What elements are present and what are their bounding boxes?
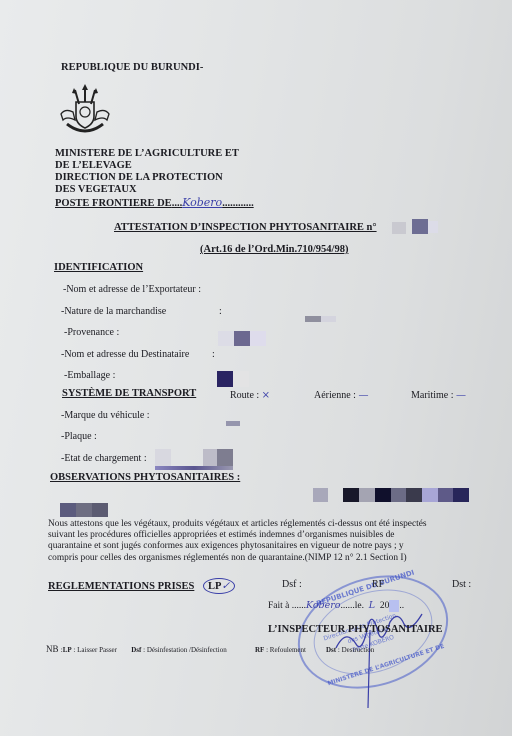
checkmark-icon: ✓ [221, 580, 230, 592]
route-mark: × [262, 390, 270, 401]
dots: .. [399, 601, 404, 611]
regulations-heading: REGLEMENTATIONS PRISES [48, 581, 194, 592]
border-post-value: Kobero [182, 196, 222, 209]
document-title: ATTESTATION D’INSPECTION PHYTOSANITAIRE … [114, 222, 377, 233]
goods-nature-label: -Nature de la marchandise [61, 306, 166, 317]
vehicle-make-label: -Marque du véhicule : [61, 410, 150, 421]
redacted-packaging [217, 371, 233, 387]
date-label: le. [355, 601, 364, 611]
attestation-line: Nous attestons que les végétaux, produit… [48, 519, 427, 530]
redacted-origin [218, 331, 234, 346]
transport-heading: SYSTÈME DE TRANSPORT [62, 388, 196, 399]
attestation-line: suivant les procédures officielles appro… [48, 530, 427, 541]
signature-icon [330, 600, 440, 710]
footnote-meaning: Refoulement [270, 646, 306, 654]
redacted-loading-status [155, 466, 233, 470]
border-post-line: POSTE FRONTIERE DE....Kobero............ [55, 196, 254, 209]
identification-heading: IDENTIFICATION [54, 262, 143, 273]
dots: ...... [341, 601, 355, 611]
ministry-line: MINISTERE DE L’AGRICULTURE ET [55, 148, 239, 160]
footnote-rf: RF : Refoulement [255, 646, 306, 654]
attestation-line: quarantaine et sont jugés conformes aux … [48, 541, 427, 552]
route-mode: Route : × [230, 390, 270, 401]
consignee-label: -Nom et adresse du Destinataire [61, 349, 189, 360]
date-value: L [369, 600, 375, 611]
footnote-meaning: Laisser Passer [77, 646, 117, 654]
redacted-loading-status [203, 449, 217, 466]
redacted-goods-nature [305, 316, 321, 322]
nb-label: NB [46, 644, 59, 654]
attestation-text: Nous attestons que les végétaux, produit… [48, 519, 427, 564]
place-date-line: Fait à ......Kobero......le. L 20.. [268, 600, 404, 612]
loading-status-label: -Etat de chargement : [61, 453, 147, 464]
place-value: Kobero [306, 600, 341, 611]
redacted-loading-status [155, 449, 171, 466]
inspector-title: L’INSPECTEUR PHYTOSANITAIRE [268, 624, 443, 635]
air-label: Aérienne : [314, 390, 356, 401]
redacted-goods-nature [321, 316, 336, 322]
footnote-code: RF [255, 646, 264, 654]
route-label: Route : [230, 390, 259, 401]
republic-heading: REPUBLIQUE DU BURUNDI- [61, 62, 203, 73]
packaging-label: -Emballage : [64, 370, 115, 381]
ministry-block: MINISTERE DE L’AGRICULTURE ET DE L’ELEVA… [55, 148, 239, 196]
redacted-observations [60, 503, 108, 517]
redacted-vehicle-make [226, 421, 240, 426]
redacted-number [392, 222, 406, 234]
sea-label: Maritime : [411, 390, 454, 401]
redacted-origin [250, 331, 266, 346]
origin-label: -Provenance : [64, 327, 119, 338]
border-post-label: POSTE FRONTIERE DE [55, 198, 172, 209]
legal-reference: (Art.16 de l’Ord.Min.710/954/98) [200, 244, 348, 255]
redacted-packaging [233, 371, 249, 387]
footnote-dst: Dst : Destruction [326, 646, 374, 654]
plate-label: -Plaque : [61, 431, 97, 442]
ministry-line: DE L’ELEVAGE [55, 160, 239, 172]
air-mode: Aérienne : — [314, 390, 368, 401]
redacted-observations [313, 488, 469, 502]
place-label: Fait à [268, 601, 289, 611]
sea-mode: Maritime : — [411, 390, 466, 401]
dots: .... [172, 198, 183, 209]
regulations-row: REGLEMENTATIONS PRISES LP✓ [48, 578, 235, 594]
sea-mark: — [456, 390, 466, 401]
footnote-meaning: Désinfestation /Désinfection [147, 646, 227, 654]
observations-heading: OBSERVATIONS PHYTOSANITAIRES : [50, 472, 240, 483]
redacted-number [412, 219, 428, 234]
footnote-code: LP [63, 646, 72, 654]
lp-code: LP [208, 581, 221, 592]
year-prefix: 20 [380, 601, 390, 611]
lp-option-selected[interactable]: LP✓ [203, 578, 235, 594]
colon: : [212, 349, 215, 360]
ministry-line: DIRECTION DE LA PROTECTION [55, 172, 239, 184]
redacted-origin [234, 331, 250, 346]
air-mark: — [358, 390, 368, 401]
footnote-code: Dsf [131, 646, 141, 654]
dst-option[interactable]: Dst : [452, 579, 471, 590]
attestation-line: compris pour celles des organismes régle… [48, 553, 427, 564]
exporter-label: -Nom et adresse de l’Exportateur : [63, 284, 201, 295]
dots: ............ [222, 198, 254, 209]
footnote-meaning: Destruction [342, 646, 375, 654]
footnote: NB :LP : Laisser Passer Dsf : Désinfesta… [46, 644, 227, 654]
dsf-option[interactable]: Dsf : [282, 579, 302, 590]
redacted-loading-status [217, 449, 233, 466]
footnote-code: Dst [326, 646, 336, 654]
burundi-coat-of-arms-icon [57, 84, 113, 136]
redacted-year [389, 600, 399, 612]
rf-option[interactable]: RF [372, 579, 384, 590]
ministry-line: DES VEGETAUX [55, 184, 239, 196]
redacted-number [428, 221, 438, 233]
dots: ...... [292, 601, 306, 611]
colon: : [219, 306, 222, 317]
